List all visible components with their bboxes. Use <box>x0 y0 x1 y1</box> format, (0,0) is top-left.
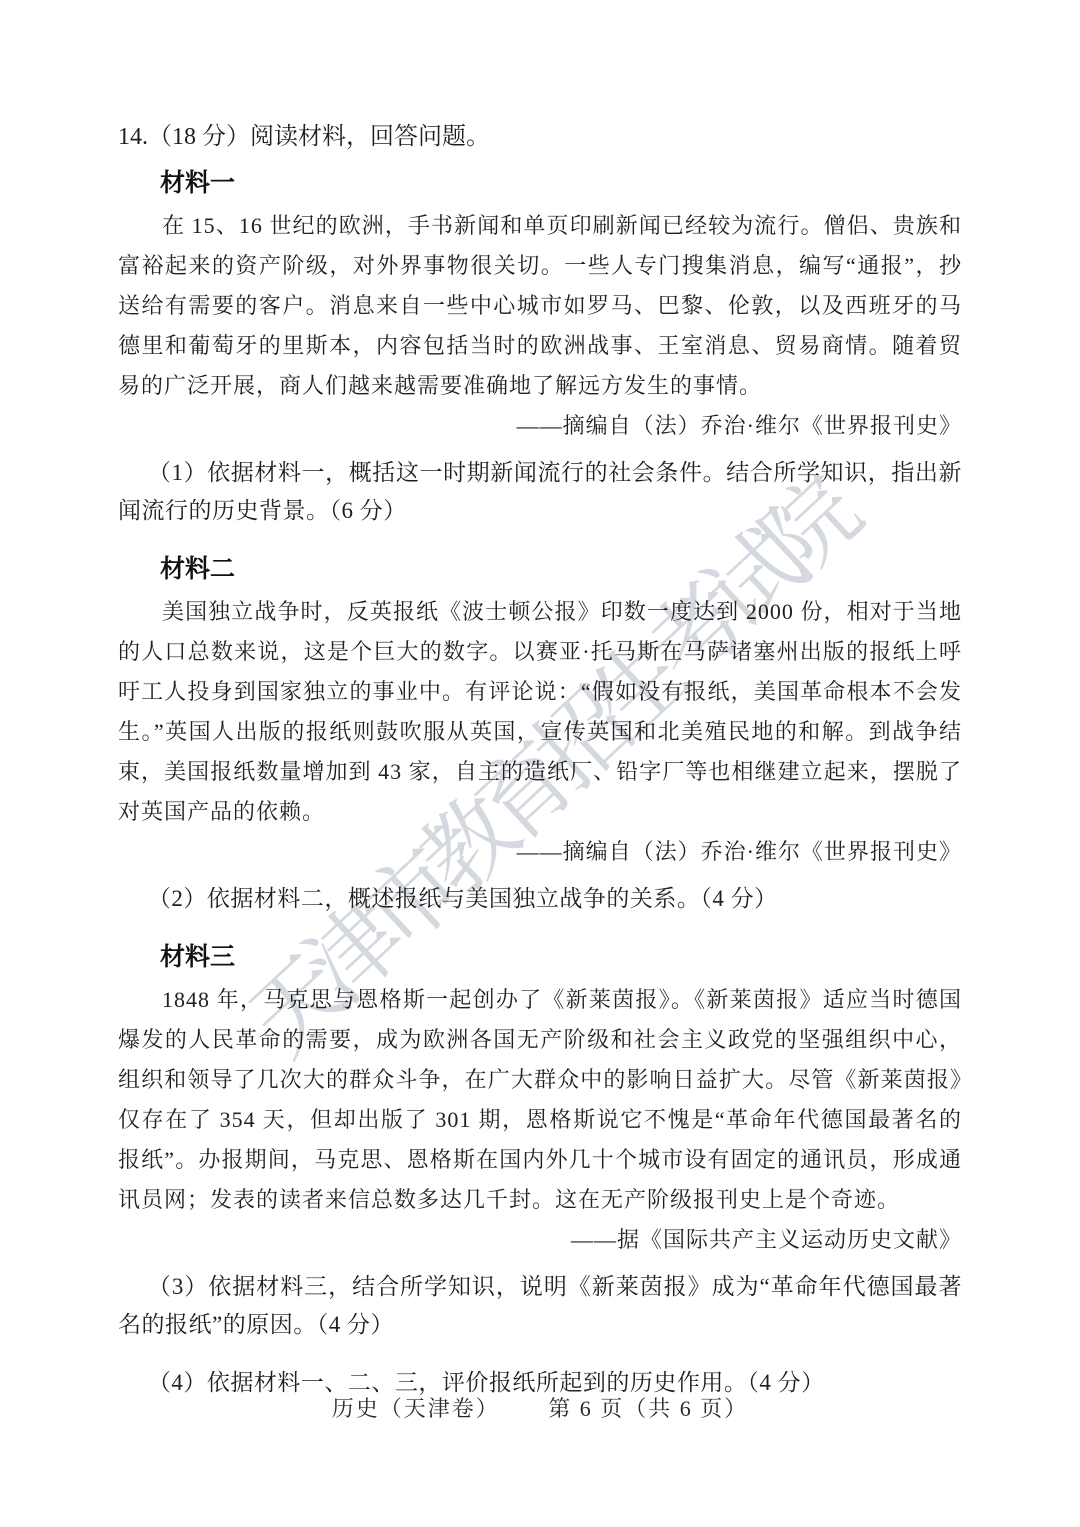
material-3-attribution: ——据《国际共产主义运动历史文献》 <box>118 1220 962 1260</box>
material-3-section: 材料三 1848 年，马克思与恩格斯一起创办了《新莱茵报》。《新莱茵报》适应当时… <box>118 942 962 1402</box>
exam-page: 天津市教育招生考试院 14.（18 分）阅读材料，回答问题。 材料一 在 15、… <box>0 0 1080 1527</box>
material-3-body: 1848 年，马克思与恩格斯一起创办了《新莱茵报》。《新莱茵报》适应当时德国爆发… <box>118 980 962 1220</box>
footer-page-number: 第 6 页（共 6 页） <box>548 1396 748 1421</box>
sub-question-1: （1）依据材料一，概括这一时期新闻流行的社会条件。结合所学知识，指出新闻流行的历… <box>118 454 962 530</box>
footer-course-label: 历史（天津卷） <box>332 1396 500 1421</box>
exam-content: 14.（18 分）阅读材料，回答问题。 材料一 在 15、16 世纪的欧洲，手书… <box>0 0 1080 1402</box>
sub-question-2: （2）依据材料二，概述报纸与美国独立战争的关系。（4 分） <box>118 880 962 918</box>
material-2-section: 材料二 美国独立战争时，反英报纸《波士顿公报》印数一度达到 2000 份，相对于… <box>118 554 962 918</box>
material-2-attribution: ——摘编自（法）乔治·维尔《世界报刊史》 <box>118 832 962 872</box>
material-1-body: 在 15、16 世纪的欧洲，手书新闻和单页印刷新闻已经较为流行。僧侣、贵族和富裕… <box>118 206 962 406</box>
material-2-body: 美国独立战争时，反英报纸《波士顿公报》印数一度达到 2000 份，相对于当地的人… <box>118 592 962 832</box>
material-3-title: 材料三 <box>118 942 962 972</box>
sub-question-3: （3）依据材料三，结合所学知识，说明《新莱茵报》成为“革命年代德国最著名的报纸”… <box>118 1268 962 1344</box>
page-footer: 历史（天津卷）第 6 页（共 6 页） <box>0 1392 1080 1423</box>
material-1-section: 材料一 在 15、16 世纪的欧洲，手书新闻和单页印刷新闻已经较为流行。僧侣、贵… <box>118 168 962 530</box>
question-14-header: 14.（18 分）阅读材料，回答问题。 <box>118 120 962 154</box>
material-2-title: 材料二 <box>118 554 962 584</box>
material-1-title: 材料一 <box>118 168 962 198</box>
material-1-attribution: ——摘编自（法）乔治·维尔《世界报刊史》 <box>118 406 962 446</box>
